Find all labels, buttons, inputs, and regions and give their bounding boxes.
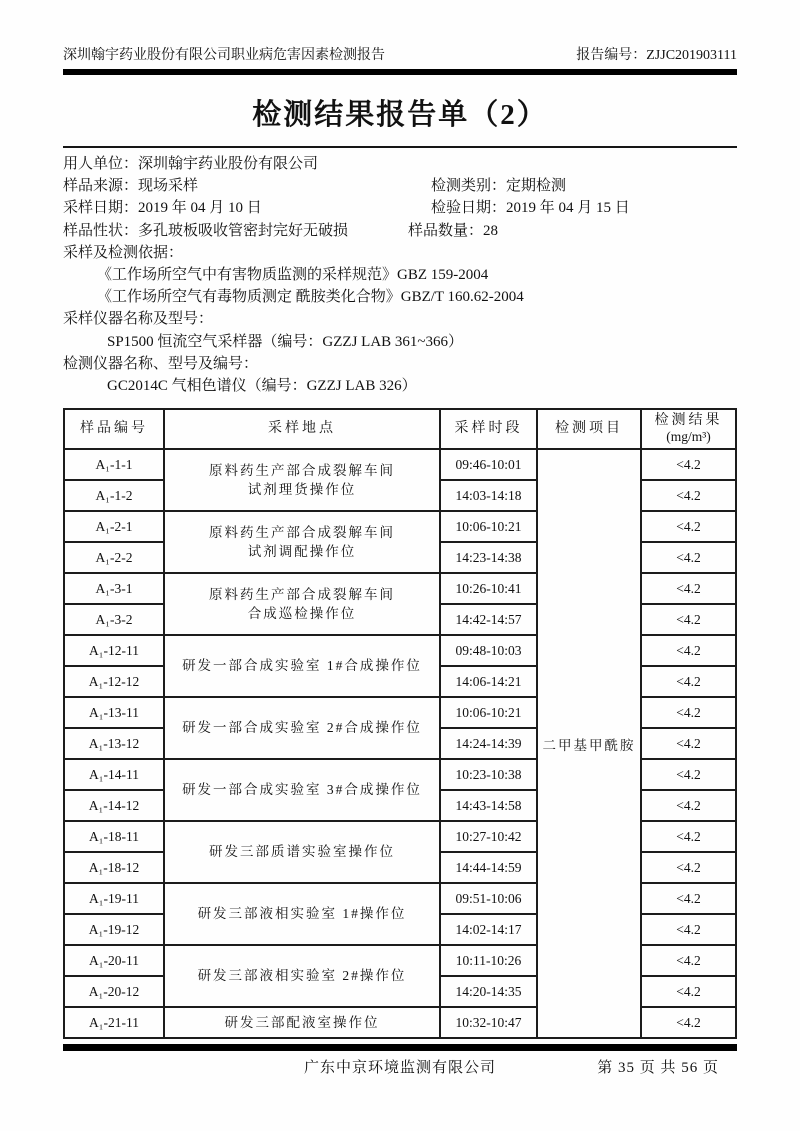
sampling-time-cell: 14:20-14:35 xyxy=(440,976,537,1007)
sampling-time-cell: 14:24-14:39 xyxy=(440,728,537,759)
sample-id-cell: A₁-12-12 xyxy=(64,666,164,697)
result-cell: <4.2 xyxy=(641,697,736,728)
col-header-result: 检测结果 (mg/m³) xyxy=(641,409,736,449)
sampler-instrument: SP1500 恒流空气采样器（编号：GZZJ LAB 361~366） xyxy=(63,331,737,353)
page-header-title: 深圳翰宇药业股份有限公司职业病危害因素检测报告 xyxy=(63,44,385,64)
result-cell: <4.2 xyxy=(641,790,736,821)
location-line: 研发一部合成实验室 3#合成操作位 xyxy=(165,780,439,800)
table-header-row: 样品编号 采样地点 采样时段 检测项目 检测结果 (mg/m³) xyxy=(64,409,736,449)
result-cell: <4.2 xyxy=(641,635,736,666)
detection-type: 检测类别：定期检测 xyxy=(431,175,566,197)
sampling-location-cell: 研发一部合成实验室 2#合成操作位 xyxy=(164,697,440,759)
page-footer: 广东中京环境监测有限公司 第 35 页 共 56 页 xyxy=(63,1056,737,1078)
title-rule xyxy=(63,146,737,148)
report-page: 深圳翰宇药业股份有限公司职业病危害因素检测报告 报告编号：ZJJC2019031… xyxy=(0,0,800,1131)
sampling-time-cell: 10:06-10:21 xyxy=(440,697,537,728)
sampling-time-cell: 14:06-14:21 xyxy=(440,666,537,697)
sampling-date-label: 采样日期： xyxy=(63,200,138,216)
sampling-location-cell: 研发三部液相实验室 2#操作位 xyxy=(164,945,440,1007)
result-cell: <4.2 xyxy=(641,883,736,914)
sampling-time-cell: 14:02-14:17 xyxy=(440,914,537,945)
sampling-time-cell: 10:06-10:21 xyxy=(440,511,537,542)
page-header: 深圳翰宇药业股份有限公司职业病危害因素检测报告 报告编号：ZJJC2019031… xyxy=(63,0,737,64)
location-line: 试剂调配操作位 xyxy=(165,542,439,562)
info-row-dates: 采样日期：2019 年 04 月 10 日 检验日期：2019 年 04 月 1… xyxy=(63,197,737,219)
employer-value: 深圳翰宇药业股份有限公司 xyxy=(138,156,318,172)
sample-source-label: 样品来源： xyxy=(63,178,138,194)
location-line: 研发三部配液室操作位 xyxy=(165,1013,439,1033)
result-cell: <4.2 xyxy=(641,666,736,697)
sampling-time-cell: 10:32-10:47 xyxy=(440,1007,537,1038)
result-cell: <4.2 xyxy=(641,542,736,573)
sample-quantity-value: 28 xyxy=(483,223,498,239)
location-line: 研发一部合成实验室 2#合成操作位 xyxy=(165,718,439,738)
basis-standard-2: 《工作场所空气有毒物质测定 酰胺类化合物》GBZ/T 160.62-2004 xyxy=(63,286,737,308)
sample-id-cell: A₁-12-11 xyxy=(64,635,164,666)
sample-id-cell: A₁-3-2 xyxy=(64,604,164,635)
sample-id-cell: A₁-18-12 xyxy=(64,852,164,883)
report-title: 检测结果报告单（2） xyxy=(63,92,737,133)
sample-id-cell: A₁-19-11 xyxy=(64,883,164,914)
sampling-time-cell: 14:23-14:38 xyxy=(440,542,537,573)
report-number: 报告编号：ZJJC201903111 xyxy=(576,44,737,64)
sample-quantity: 样品数量：28 xyxy=(408,220,498,242)
sampling-time-cell: 14:44-14:59 xyxy=(440,852,537,883)
report-info: 用人单位：深圳翰宇药业股份有限公司 样品来源：现场采样 检测类别：定期检测 采样… xyxy=(63,153,737,397)
result-cell: <4.2 xyxy=(641,728,736,759)
sampling-location-cell: 原料药生产部合成裂解车间试剂调配操作位 xyxy=(164,511,440,573)
header-divider-bar xyxy=(63,69,737,75)
result-cell: <4.2 xyxy=(641,945,736,976)
col-header-sample-id: 样品编号 xyxy=(64,409,164,449)
sampling-location-cell: 研发三部液相实验室 1#操作位 xyxy=(164,883,440,945)
results-table-body: A₁-1-1原料药生产部合成裂解车间试剂理货操作位09:46-10:01二甲基甲… xyxy=(64,449,736,1038)
sampling-time-cell: 14:03-14:18 xyxy=(440,480,537,511)
location-line: 试剂理货操作位 xyxy=(165,480,439,500)
result-cell: <4.2 xyxy=(641,449,736,480)
sampling-time-cell: 14:42-14:57 xyxy=(440,604,537,635)
sample-id-cell: A₁-14-12 xyxy=(64,790,164,821)
table-row: A₁-1-1原料药生产部合成裂解车间试剂理货操作位09:46-10:01二甲基甲… xyxy=(64,449,736,480)
basis-heading: 采样及检测依据： xyxy=(63,242,737,264)
col-header-location: 采样地点 xyxy=(164,409,440,449)
location-line: 合成巡检操作位 xyxy=(165,604,439,624)
sample-condition-label: 样品性状： xyxy=(63,223,138,239)
sample-source-value: 现场采样 xyxy=(138,178,198,194)
inspection-date-label: 检验日期： xyxy=(431,200,506,216)
info-employer: 用人单位：深圳翰宇药业股份有限公司 xyxy=(63,153,737,175)
location-line: 原料药生产部合成裂解车间 xyxy=(165,585,439,605)
sample-id-cell: A₁-20-11 xyxy=(64,945,164,976)
sampling-time-cell: 10:11-10:26 xyxy=(440,945,537,976)
result-cell: <4.2 xyxy=(641,1007,736,1038)
result-cell: <4.2 xyxy=(641,480,736,511)
sampling-location-cell: 研发一部合成实验室 3#合成操作位 xyxy=(164,759,440,821)
result-cell: <4.2 xyxy=(641,759,736,790)
basis-standard-1: 《工作场所空气中有害物质监测的采样规范》GBZ 159-2004 xyxy=(63,264,737,286)
sampling-location-cell: 研发三部配液室操作位 xyxy=(164,1007,440,1038)
footer-page-indicator: 第 35 页 共 56 页 xyxy=(597,1056,719,1077)
sample-id-cell: A₁-2-1 xyxy=(64,511,164,542)
col-header-time: 采样时段 xyxy=(440,409,537,449)
location-line: 研发一部合成实验室 1#合成操作位 xyxy=(165,656,439,676)
location-line: 原料药生产部合成裂解车间 xyxy=(165,523,439,543)
sampler-heading: 采样仪器名称及型号： xyxy=(63,308,737,330)
employer-label: 用人单位： xyxy=(63,156,138,172)
analyzer-heading: 检测仪器名称、型号及编号： xyxy=(63,353,737,375)
sample-id-cell: A₁-3-1 xyxy=(64,573,164,604)
location-line: 研发三部质谱实验室操作位 xyxy=(165,842,439,862)
location-line: 研发三部液相实验室 2#操作位 xyxy=(165,966,439,986)
result-cell: <4.2 xyxy=(641,511,736,542)
footer-divider-bar xyxy=(63,1044,737,1051)
sample-condition-value: 多孔玻板吸收管密封完好无破损 xyxy=(138,223,348,239)
sampling-time-cell: 09:46-10:01 xyxy=(440,449,537,480)
sampling-time-cell: 09:51-10:06 xyxy=(440,883,537,914)
sample-quantity-label: 样品数量： xyxy=(408,223,483,239)
sample-id-cell: A₁-20-12 xyxy=(64,976,164,1007)
sample-id-cell: A₁-1-2 xyxy=(64,480,164,511)
location-line: 原料药生产部合成裂解车间 xyxy=(165,461,439,481)
sampling-time-cell: 10:27-10:42 xyxy=(440,821,537,852)
col-header-item: 检测项目 xyxy=(537,409,641,449)
detection-type-value: 定期检测 xyxy=(506,178,566,194)
inspection-date: 检验日期：2019 年 04 月 15 日 xyxy=(431,197,630,219)
sample-id-cell: A₁-1-1 xyxy=(64,449,164,480)
sampling-location-cell: 研发三部质谱实验室操作位 xyxy=(164,821,440,883)
sample-id-cell: A₁-13-12 xyxy=(64,728,164,759)
sampling-location-cell: 原料药生产部合成裂解车间合成巡检操作位 xyxy=(164,573,440,635)
sampling-time-cell: 09:48-10:03 xyxy=(440,635,537,666)
col-header-result-unit: (mg/m³) xyxy=(642,429,735,446)
sample-id-cell: A₁-2-2 xyxy=(64,542,164,573)
sampling-time-cell: 14:43-14:58 xyxy=(440,790,537,821)
sample-id-cell: A₁-18-11 xyxy=(64,821,164,852)
result-cell: <4.2 xyxy=(641,914,736,945)
result-cell: <4.2 xyxy=(641,604,736,635)
sampling-location-cell: 研发一部合成实验室 1#合成操作位 xyxy=(164,635,440,697)
sampling-date-value: 2019 年 04 月 10 日 xyxy=(138,200,262,216)
result-cell: <4.2 xyxy=(641,852,736,883)
analyzer-instrument: GC2014C 气相色谱仪（编号：GZZJ LAB 326） xyxy=(63,375,737,397)
results-table: 样品编号 采样地点 采样时段 检测项目 检测结果 (mg/m³) A₁-1-1原… xyxy=(63,408,737,1039)
sampling-location-cell: 原料药生产部合成裂解车间试剂理货操作位 xyxy=(164,449,440,511)
location-line: 研发三部液相实验室 1#操作位 xyxy=(165,904,439,924)
info-row-condition-qty: 样品性状：多孔玻板吸收管密封完好无破损 样品数量：28 xyxy=(63,220,737,242)
col-header-result-label: 检测结果 xyxy=(642,412,735,430)
sample-id-cell: A₁-14-11 xyxy=(64,759,164,790)
inspection-date-value: 2019 年 04 月 15 日 xyxy=(506,200,630,216)
detection-type-label: 检测类别： xyxy=(431,178,506,194)
result-cell: <4.2 xyxy=(641,573,736,604)
sampling-time-cell: 10:26-10:41 xyxy=(440,573,537,604)
info-row-source-type: 样品来源：现场采样 检测类别：定期检测 xyxy=(63,175,737,197)
result-cell: <4.2 xyxy=(641,976,736,1007)
sampling-time-cell: 10:23-10:38 xyxy=(440,759,537,790)
sample-id-cell: A₁-19-12 xyxy=(64,914,164,945)
result-cell: <4.2 xyxy=(641,821,736,852)
detection-item-cell: 二甲基甲酰胺 xyxy=(537,449,641,1038)
sample-id-cell: A₁-13-11 xyxy=(64,697,164,728)
sample-id-cell: A₁-21-11 xyxy=(64,1007,164,1038)
